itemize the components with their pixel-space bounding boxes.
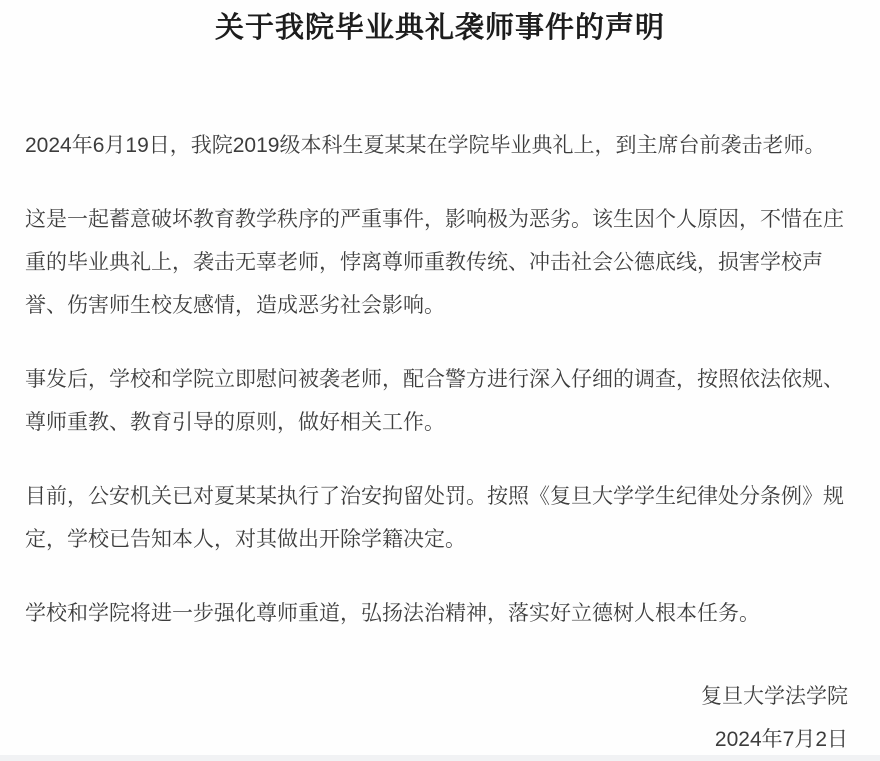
statement-paragraph-closing: 学校和学院将进一步强化尊师重道，弘扬法治精神，落实好立德树人根本任务。: [25, 592, 855, 635]
statement-footer: 复旦大学法学院 2024年7月2日: [25, 675, 855, 761]
statement-paragraph-incident: 2024年6月19日，我院2019级本科生夏某某在学院毕业典礼上，到主席台前袭击…: [25, 124, 855, 167]
statement-signature: 复旦大学法学院: [25, 675, 848, 718]
statement-paragraph-condemnation: 这是一起蓄意破坏教育教学秩序的严重事件，影响极为恶劣。该生因个人原因，不惜在庄重…: [25, 198, 855, 327]
statement-title: 关于我院毕业典礼袭师事件的声明: [25, 8, 855, 48]
statement-paragraph-response: 事发后，学校和学院立即慰问被袭老师，配合警方进行深入仔细的调查，按照依法依规、尊…: [25, 358, 855, 444]
bottom-edge-strip: [0, 755, 880, 761]
statement-paragraph-punishment: 目前，公安机关已对夏某某执行了治安拘留处罚。按照《复旦大学学生纪律处分条例》规定…: [25, 475, 855, 561]
statement-document: 关于我院毕业典礼袭师事件的声明 2024年6月19日，我院2019级本科生夏某某…: [0, 0, 880, 761]
